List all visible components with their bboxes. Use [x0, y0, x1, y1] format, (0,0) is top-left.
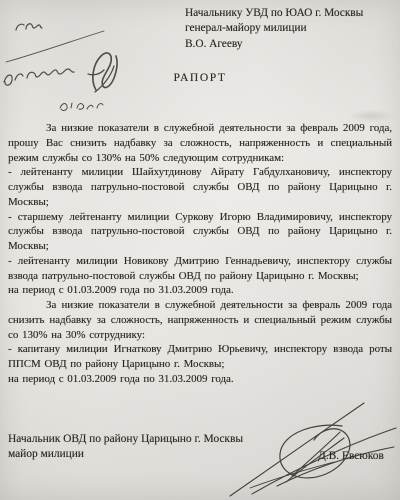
signer-position: Начальник ОВД по району Царицыно г. Моск…	[8, 432, 288, 462]
recipient-line: генерал-майору милиции	[185, 21, 397, 36]
document-title: РАПОРТ	[0, 72, 400, 84]
scanned-document: Начальнику УВД по ЮАО г. Москвы генерал-…	[0, 0, 400, 500]
handwritten-annotation	[0, 16, 140, 124]
paragraph-1-item: - лейтенанту милиции Шайхутдинову Айрату…	[8, 165, 392, 209]
recipient-line: В.О. Агееву	[185, 37, 397, 52]
paragraph-2-intro: За низкие показатели в служебной деятель…	[8, 298, 392, 342]
signer-name: Д.В. Евсюков	[318, 449, 400, 464]
paragraph-1-item: - старшему лейтенанту милиции Суркову Иг…	[8, 210, 392, 254]
signature-stroke	[250, 462, 334, 488]
paragraph-1-item: - лейтенанту милиции Новикову Дмитрию Ге…	[8, 254, 392, 284]
recipient-line: Начальнику УВД по ЮАО г. Москвы	[185, 6, 397, 21]
paragraph-2-period: на период с 01.03.2009 года по 31.03.200…	[8, 372, 392, 387]
document-body: За низкие показатели в служебной деятель…	[8, 121, 392, 387]
paragraph-1-intro: За низкие показатели в служебной деятель…	[8, 121, 392, 165]
handwriting-date	[60, 103, 103, 110]
paragraph-1-period: на период с 01.03.2009 года по 31.03.200…	[8, 283, 392, 298]
signer-position-line: Начальник ОВД по району Царицыно г. Моск…	[8, 432, 288, 447]
recipient-block: Начальнику УВД по ЮАО г. Москвы генерал-…	[185, 6, 397, 52]
handwriting-initials	[16, 24, 42, 30]
handwriting-underline	[6, 31, 104, 62]
paragraph-2-item: - капитану милиции Игнаткову Дмитрию Юрь…	[8, 342, 392, 372]
signer-position-line: майор милиции	[8, 447, 288, 462]
